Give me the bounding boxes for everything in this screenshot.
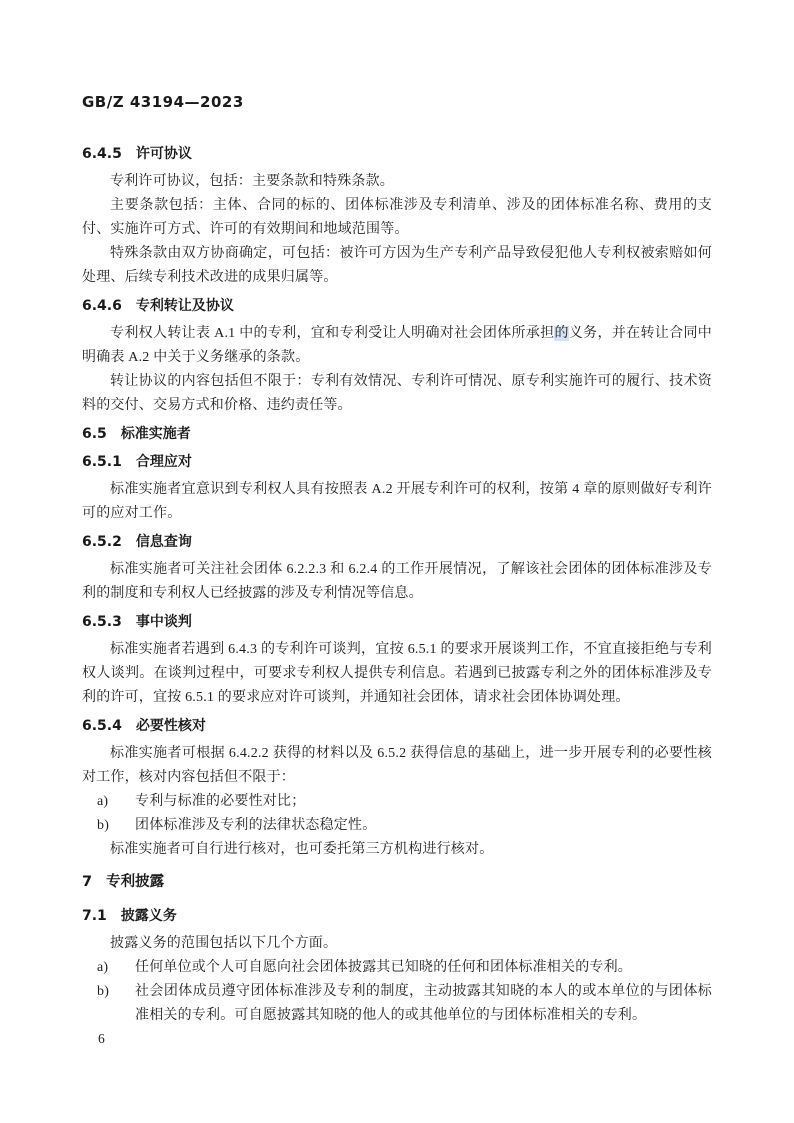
chapter-number: 7 xyxy=(82,874,92,890)
text-highlight: 的 xyxy=(554,326,568,341)
section-title: 许可协议 xyxy=(136,146,192,162)
section-number: 6.4.5 xyxy=(82,146,122,162)
section-heading-6-5-2: 6.5.2信息查询 xyxy=(82,530,712,554)
list-item-text: 任何单位或个人可自愿向社会团体披露其已知晓的任何和团体标准相关的专利。 xyxy=(135,956,712,980)
list-marker: a) xyxy=(97,956,135,980)
paragraph: 特殊条款由双方协商确定，可包括：被许可方因为生产专利产品导致侵犯他人专利权被索赔… xyxy=(82,242,712,290)
section-title: 必要性核对 xyxy=(136,718,206,734)
section-heading-6-4-6: 6.4.6专利转让及协议 xyxy=(82,294,712,318)
paragraph: 标准实施者可自行进行核对，也可委托第三方机构进行核对。 xyxy=(82,838,712,862)
paragraph: 标准实施者若遇到 6.4.3 的专利许可谈判，宜按 6.5.1 的要求开展谈判工… xyxy=(82,638,712,710)
section-number: 7.1 xyxy=(82,908,107,924)
section-heading-6-5-4: 6.5.4必要性核对 xyxy=(82,714,712,738)
section-number: 6.5.4 xyxy=(82,718,122,734)
section-number: 6.5.1 xyxy=(82,454,122,470)
list-item: a) 任何单位或个人可自愿向社会团体披露其已知晓的任何和团体标准相关的专利。 xyxy=(82,956,712,980)
list-item-text: 专利与标准的必要性对比； xyxy=(135,790,712,814)
paragraph: 标准实施者宜意识到专利权人具有按照表 A.2 开展专利许可的权利，按第 4 章的… xyxy=(82,478,712,526)
paragraph-text: 专利权人转让表 A.1 中的专利，宜和专利受让人明确对社会团体所承担 xyxy=(110,326,554,341)
list-marker: a) xyxy=(97,790,135,814)
section-number: 6.5 xyxy=(82,426,107,442)
list-item-text: 团体标准涉及专利的法律状态稳定性。 xyxy=(135,814,712,838)
chapter-title: 专利披露 xyxy=(106,874,164,890)
document-content: 6.4.5许可协议 专利许可协议，包括：主要条款和特殊条款。 主要条款包括：主体… xyxy=(82,114,712,1028)
paragraph: 标准实施者可根据 6.4.2.2 获得的材料以及 6.5.2 获得信息的基础上，… xyxy=(82,742,712,790)
list-marker: b) xyxy=(97,814,135,838)
paragraph: 专利权人转让表 A.1 中的专利，宜和专利受让人明确对社会团体所承担的义务，并在… xyxy=(82,322,712,370)
document-page: GB/Z 43194—2023 6.4.5许可协议 专利许可协议，包括：主要条款… xyxy=(0,0,794,1123)
section-heading-6-5-1: 6.5.1合理应对 xyxy=(82,450,712,474)
paragraph: 标准实施者可关注社会团体 6.2.2.3 和 6.2.4 的工作开展情况，了解该… xyxy=(82,558,712,606)
doc-code: GB/Z 43194—2023 xyxy=(82,93,244,111)
page-number: 6 xyxy=(98,1031,105,1047)
list-marker: b) xyxy=(97,980,135,1028)
list-item-text: 社会团体成员遵守团体标准涉及专利的制度，主动披露其知晓的本人的或本单位的与团体标… xyxy=(135,980,712,1028)
section-number: 6.5.3 xyxy=(82,614,122,630)
section-title: 标准实施者 xyxy=(121,426,191,442)
list-item: b) 社会团体成员遵守团体标准涉及专利的制度，主动披露其知晓的本人的或本单位的与… xyxy=(82,980,712,1028)
section-number: 6.5.2 xyxy=(82,534,122,550)
paragraph: 转让协议的内容包括但不限于：专利有效情况、专利许可情况、原专利实施许可的履行、技… xyxy=(82,370,712,418)
section-heading-6-5: 6.5标准实施者 xyxy=(82,422,712,446)
paragraph: 主要条款包括：主体、合同的标的、团体标准涉及专利清单、涉及的团体标准名称、费用的… xyxy=(82,194,712,242)
paragraph: 披露义务的范围包括以下几个方面。 xyxy=(82,932,712,956)
section-title: 专利转让及协议 xyxy=(136,298,234,314)
section-title: 信息查询 xyxy=(136,534,192,550)
chapter-heading-7: 7专利披露 xyxy=(82,870,712,894)
section-heading-6-5-3: 6.5.3事中谈判 xyxy=(82,610,712,634)
section-number: 6.4.6 xyxy=(82,298,122,314)
list-item: a) 专利与标准的必要性对比； xyxy=(82,790,712,814)
section-heading-6-4-5: 6.4.5许可协议 xyxy=(82,142,712,166)
list-item: b) 团体标准涉及专利的法律状态稳定性。 xyxy=(82,814,712,838)
section-heading-7-1: 7.1披露义务 xyxy=(82,904,712,928)
section-title: 披露义务 xyxy=(121,908,177,924)
paragraph: 专利许可协议，包括：主要条款和特殊条款。 xyxy=(82,170,712,194)
section-title: 合理应对 xyxy=(136,454,192,470)
section-title: 事中谈判 xyxy=(136,614,192,630)
